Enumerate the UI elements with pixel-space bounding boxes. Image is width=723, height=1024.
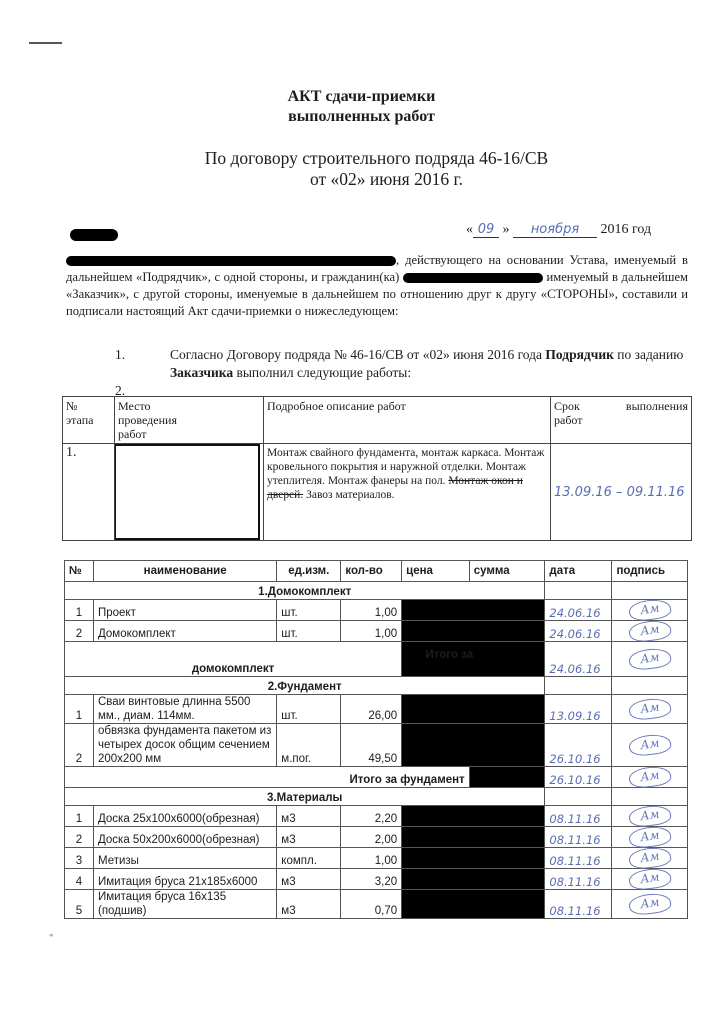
blank-place-box bbox=[115, 444, 260, 540]
table-row: 4Имитация бруса 21х185х6000м33,2008.11.1… bbox=[65, 869, 688, 890]
signature: Ам bbox=[628, 646, 672, 672]
column-header: ед.изм. bbox=[277, 561, 341, 582]
item-unit: шт. bbox=[277, 600, 341, 621]
empty-cell bbox=[612, 677, 688, 695]
works-table: №этапа Место проведения работ Подробное … bbox=[62, 396, 692, 541]
signature-cell: Ам bbox=[612, 767, 688, 788]
column-header: наименование bbox=[93, 561, 276, 582]
date-day: 09 bbox=[473, 222, 499, 238]
signature: Ам bbox=[628, 891, 672, 917]
item-qty: 3,20 bbox=[341, 869, 402, 890]
date-quote-open: « bbox=[466, 222, 473, 237]
signature: Ам bbox=[628, 618, 672, 644]
column-header: сумма bbox=[469, 561, 545, 582]
section-title: 1.Домокомплект bbox=[65, 582, 545, 600]
item-unit: м3 bbox=[277, 806, 341, 827]
signature: Ам bbox=[628, 803, 672, 829]
item-unit: шт. bbox=[277, 621, 341, 642]
item-qty: 1,00 bbox=[341, 848, 402, 869]
row-number: 1 bbox=[65, 600, 94, 621]
signature-cell: Ам bbox=[612, 827, 688, 848]
column-header: цена bbox=[402, 561, 470, 582]
section-title: 2.Фундамент bbox=[65, 677, 545, 695]
redacted-price-sum bbox=[402, 848, 545, 869]
empty-cell bbox=[545, 677, 612, 695]
signature: Ам bbox=[628, 764, 672, 790]
item-name: Проект bbox=[93, 600, 276, 621]
signature-cell: Ам bbox=[612, 724, 688, 767]
section-row: 3.Материалы bbox=[65, 788, 688, 806]
table-row: 3Метизыкомпл.1,0008.11.16Ам bbox=[65, 848, 688, 869]
numbered-list: 1. Согласно Договору подряда № 46-16/СВ … bbox=[115, 346, 695, 382]
item-unit: м3 bbox=[277, 890, 341, 919]
date-quote-close: » bbox=[503, 222, 510, 237]
table-row: 2Домокомплектшт.1,0024.06.16Ам bbox=[65, 621, 688, 642]
redacted-price-sum bbox=[402, 806, 545, 827]
signature-cell: Ам bbox=[612, 695, 688, 724]
item-qty: 1,00 bbox=[341, 600, 402, 621]
header-description: Подробное описание работ bbox=[264, 397, 551, 444]
redacted-total bbox=[469, 767, 545, 788]
total-row: Итого задомокомплект24.06.16Ам bbox=[65, 642, 688, 677]
signature-cell: Ам bbox=[612, 642, 688, 677]
total-date: 26.10.16 bbox=[545, 767, 612, 788]
row-number: 3 bbox=[65, 848, 94, 869]
term-cell: 13.09.16 – 09.11.16 bbox=[551, 444, 692, 541]
row-number: 2 bbox=[65, 827, 94, 848]
table-row: 1Доска 25х100х6000(обрезная)м32,2008.11.… bbox=[65, 806, 688, 827]
row-number: 2 bbox=[65, 621, 94, 642]
description-cell: Монтаж свайного фундамента, монтаж карка… bbox=[264, 444, 551, 541]
item-qty: 2,20 bbox=[341, 806, 402, 827]
item-name: Метизы bbox=[93, 848, 276, 869]
empty-cell bbox=[545, 582, 612, 600]
signature: Ам bbox=[628, 696, 672, 722]
redacted-contractor bbox=[66, 256, 396, 266]
item-unit: компл. bbox=[277, 848, 341, 869]
redacted-price-sum bbox=[402, 695, 545, 724]
item-date: 08.11.16 bbox=[545, 848, 612, 869]
row-number: 2 bbox=[65, 724, 94, 767]
item-name: Доска 50х200х6000(обрезная) bbox=[93, 827, 276, 848]
signature-cell: Ам bbox=[612, 621, 688, 642]
row-number: 1 bbox=[65, 806, 94, 827]
place-cell bbox=[115, 444, 264, 541]
total-label: Итого за фундамент bbox=[65, 767, 470, 788]
header-place: Место проведения работ bbox=[115, 397, 264, 444]
subtitle-line-1: По договору строительного подряда 46-16/… bbox=[0, 148, 723, 169]
items-header-row: №наименованиеед.изм.кол-воценасуммадатап… bbox=[65, 561, 688, 582]
table-row: 2Доска 50х200х6000(обрезная)м32,0008.11.… bbox=[65, 827, 688, 848]
signature-cell: Ам bbox=[612, 806, 688, 827]
item-date: 24.06.16 bbox=[545, 600, 612, 621]
empty-cell bbox=[612, 788, 688, 806]
works-table-row: 1. Монтаж свайного фундамента, монтаж ка… bbox=[63, 444, 692, 541]
signature: Ам bbox=[628, 824, 672, 850]
item-date: 24.06.16 bbox=[545, 621, 612, 642]
scan-speck: * bbox=[49, 932, 54, 942]
item-qty: 1,00 bbox=[341, 621, 402, 642]
redacted-price-sum bbox=[402, 621, 545, 642]
title-line-1: АКТ сдачи-приемки bbox=[0, 87, 723, 107]
redacted-price-sum bbox=[402, 827, 545, 848]
empty-cell bbox=[612, 582, 688, 600]
item-qty: 0,70 bbox=[341, 890, 402, 919]
date-year: 2016 год bbox=[601, 222, 652, 237]
signature-cell: Ам bbox=[612, 869, 688, 890]
signature: Ам bbox=[628, 732, 672, 758]
item-name: Имитация бруса 21х185х6000 bbox=[93, 869, 276, 890]
list-item-1: Согласно Договору подряда № 46-16/СВ от … bbox=[170, 346, 695, 382]
term-value: 13.09.16 – 09.11.16 bbox=[554, 485, 685, 500]
signature-cell: Ам bbox=[612, 890, 688, 919]
signature-cell: Ам bbox=[612, 848, 688, 869]
item-qty: 2,00 bbox=[341, 827, 402, 848]
redacted-total bbox=[402, 642, 545, 677]
subtitle-line-2: от «02» июня 2016 г. bbox=[0, 169, 723, 190]
table-row: 2обвязка фундамента пакетом из четырех д… bbox=[65, 724, 688, 767]
stage-number: 1. bbox=[63, 444, 115, 541]
intro-paragraph: , действующего на основании Устава, имен… bbox=[66, 252, 688, 320]
redacted-price-sum bbox=[402, 869, 545, 890]
total-date: 24.06.16 bbox=[545, 642, 612, 677]
items-table: №наименованиеед.изм.кол-воценасуммадатап… bbox=[64, 560, 688, 919]
signature: Ам bbox=[628, 597, 672, 623]
total-row: Итого за фундамент26.10.16Ам bbox=[65, 767, 688, 788]
works-table-header: №этапа Место проведения работ Подробное … bbox=[63, 397, 692, 444]
column-header: кол-во bbox=[341, 561, 402, 582]
redacted-price-sum bbox=[402, 724, 545, 767]
redacted-city bbox=[70, 229, 118, 241]
section-row: 1.Домокомплект bbox=[65, 582, 688, 600]
item-date: 08.11.16 bbox=[545, 890, 612, 919]
item-qty: 49,50 bbox=[341, 724, 402, 767]
item-date: 26.10.16 bbox=[545, 724, 612, 767]
redacted-price-sum bbox=[402, 600, 545, 621]
signature-cell: Ам bbox=[612, 600, 688, 621]
row-number: 4 bbox=[65, 869, 94, 890]
empty-cell bbox=[545, 788, 612, 806]
document-title: АКТ сдачи-приемки выполненных работ bbox=[0, 87, 723, 127]
document-subtitle: По договору строительного подряда 46-16/… bbox=[0, 148, 723, 190]
list-number-1: 1. bbox=[115, 346, 125, 364]
item-qty: 26,00 bbox=[341, 695, 402, 724]
section-title: 3.Материалы bbox=[65, 788, 545, 806]
item-name: Имитация бруса 16х135 (подшив) bbox=[93, 890, 276, 919]
document-date: «09 » ноября 2016 год bbox=[466, 222, 651, 238]
row-number: 5 bbox=[65, 890, 94, 919]
item-unit: шт. bbox=[277, 695, 341, 724]
header-stage: №этапа bbox=[63, 397, 115, 444]
item-unit: м3 bbox=[277, 869, 341, 890]
item-date: 13.09.16 bbox=[545, 695, 612, 724]
item-name: Домокомплект bbox=[93, 621, 276, 642]
table-row: 5Имитация бруса 16х135 (подшив)м30,7008.… bbox=[65, 890, 688, 919]
title-line-2: выполненных работ bbox=[0, 107, 723, 127]
table-row: 1Сваи винтовые длинна 5500 мм., диам. 11… bbox=[65, 695, 688, 724]
scan-mark bbox=[29, 42, 62, 44]
header-term: Сроквыполненияработ bbox=[551, 397, 692, 444]
date-month: ноября bbox=[513, 222, 597, 238]
item-unit: м3 bbox=[277, 827, 341, 848]
signature: Ам bbox=[628, 866, 672, 892]
section-row: 2.Фундамент bbox=[65, 677, 688, 695]
column-header: подпись bbox=[612, 561, 688, 582]
item-date: 08.11.16 bbox=[545, 869, 612, 890]
total-label-b: домокомплект bbox=[69, 662, 397, 676]
item-name: Доска 25х100х6000(обрезная) bbox=[93, 806, 276, 827]
column-header: № bbox=[65, 561, 94, 582]
column-header: дата bbox=[545, 561, 612, 582]
item-unit: м.пог. bbox=[277, 724, 341, 767]
total-label: Итого задомокомплект bbox=[65, 642, 402, 677]
item-date: 08.11.16 bbox=[545, 806, 612, 827]
table-row: 1Проектшт.1,0024.06.16Ам bbox=[65, 600, 688, 621]
signature: Ам bbox=[628, 845, 672, 871]
item-name: Сваи винтовые длинна 5500 мм., диам. 114… bbox=[93, 695, 276, 724]
redacted-price-sum bbox=[402, 890, 545, 919]
item-date: 08.11.16 bbox=[545, 827, 612, 848]
row-number: 1 bbox=[65, 695, 94, 724]
item-name: обвязка фундамента пакетом из четырех до… bbox=[93, 724, 276, 767]
redacted-customer bbox=[403, 273, 543, 283]
